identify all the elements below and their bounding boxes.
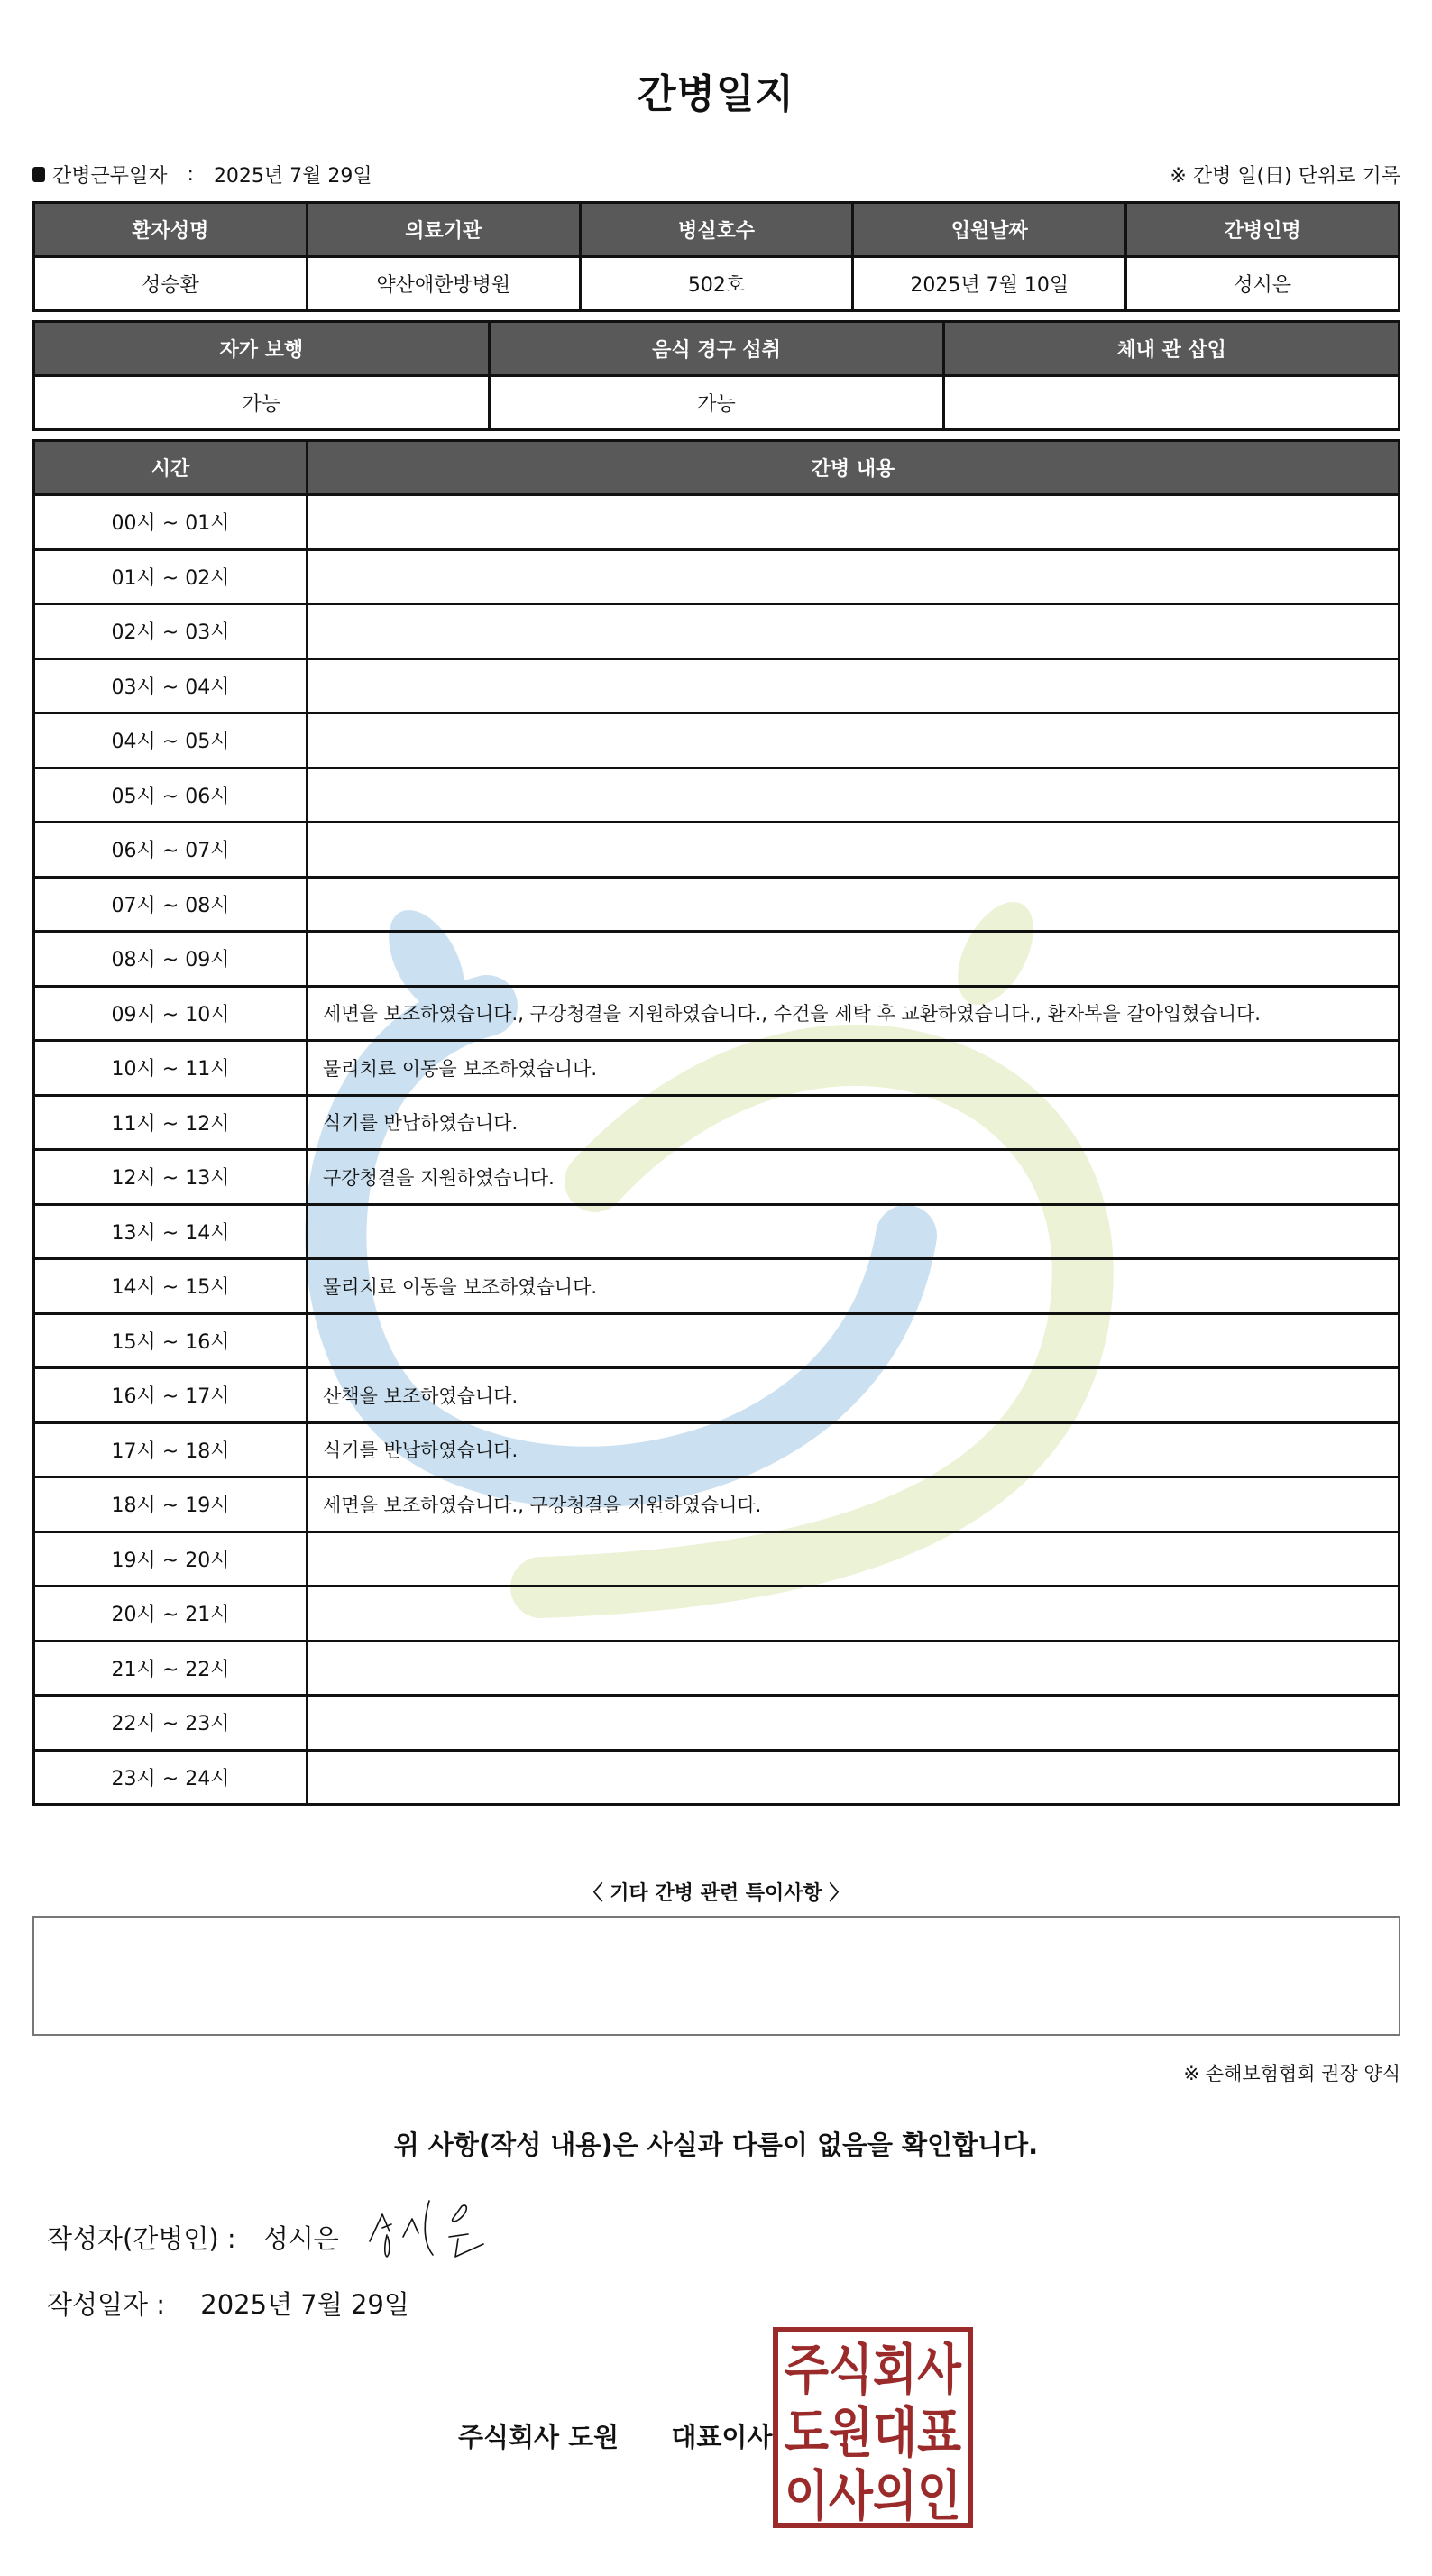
written-date-value: 2025년 7월 29일	[200, 2289, 409, 2320]
table-row: 09시 ~ 10시세면을 보조하였습니다., 구강청결을 지원하였습니다., 수…	[34, 986, 1400, 1041]
writer-name: 성시은	[263, 2219, 339, 2256]
table-row: 23시 ~ 24시	[34, 1750, 1400, 1805]
header-caregiver-name: 간병인명	[1126, 203, 1400, 257]
stamp-line-1: 주식회사	[785, 2339, 962, 2402]
table-row: 07시 ~ 08시	[34, 877, 1400, 932]
time-slot: 17시 ~ 18시	[34, 1422, 308, 1477]
self-walking-value: 가능	[34, 376, 490, 430]
table-row: 04시 ~ 05시	[34, 713, 1400, 768]
time-slot: 15시 ~ 16시	[34, 1313, 308, 1368]
header-care-content: 간병 내용	[308, 441, 1400, 495]
table-row: 08시 ~ 09시	[34, 932, 1400, 987]
table-row: 05시 ~ 06시	[34, 768, 1400, 823]
care-content	[308, 1587, 1400, 1642]
care-content: 식기를 반납하였습니다.	[308, 1422, 1400, 1477]
written-date-line: 작성일자 : 2025년 7월 29일	[47, 2285, 409, 2322]
time-slot: 23시 ~ 24시	[34, 1750, 308, 1805]
writer-label: 작성자(간병인) :	[47, 2219, 236, 2256]
header-oral-intake: 음식 경구 섭취	[489, 322, 944, 376]
tube-insertion-value	[944, 376, 1400, 430]
time-slot: 16시 ~ 17시	[34, 1368, 308, 1423]
company-seal-stamp-icon: 주식회사 도원대표 이사의인	[773, 2327, 973, 2528]
time-slot: 09시 ~ 10시	[34, 986, 308, 1041]
table-row: 03시 ~ 04시	[34, 658, 1400, 713]
care-content	[308, 823, 1400, 878]
time-slot: 11시 ~ 12시	[34, 1095, 308, 1150]
admission-date-value: 2025년 7월 10일	[853, 257, 1126, 311]
care-content	[308, 877, 1400, 932]
time-slot: 13시 ~ 14시	[34, 1204, 308, 1259]
time-slot: 04시 ~ 05시	[34, 713, 308, 768]
time-slot: 19시 ~ 20시	[34, 1532, 308, 1587]
care-content: 구강청결을 지원하였습니다.	[308, 1150, 1400, 1205]
table-row: 21시 ~ 22시	[34, 1641, 1400, 1696]
care-content: 세면을 보조하였습니다., 구강청결을 지원하였습니다., 수건을 세탁 후 교…	[308, 986, 1400, 1041]
company-line: 주식회사 도원 대표이사	[458, 2417, 772, 2454]
care-content	[308, 1750, 1400, 1805]
caregiver-name-value: 성시은	[1126, 257, 1400, 311]
time-slot: 08시 ~ 09시	[34, 932, 308, 987]
care-content	[308, 713, 1400, 768]
care-content	[308, 768, 1400, 823]
special-notes-box	[32, 1916, 1400, 2036]
time-slot: 01시 ~ 02시	[34, 549, 308, 604]
writer-line: 작성자(간병인) : 성시은	[47, 2219, 339, 2256]
header-admission-date: 입원날짜	[853, 203, 1126, 257]
page-title: 간병일지	[0, 61, 1432, 119]
care-content: 물리치료 이동을 보조하였습니다.	[308, 1041, 1400, 1096]
table-row: 01시 ~ 02시	[34, 549, 1400, 604]
care-content: 식기를 반납하였습니다.	[308, 1095, 1400, 1150]
company-title: 대표이사	[671, 2422, 772, 2452]
patient-name-value: 성승환	[34, 257, 308, 311]
table-row: 18시 ~ 19시세면을 보조하였습니다., 구강청결을 지원하였습니다.	[34, 1477, 1400, 1532]
time-slot: 05시 ~ 06시	[34, 768, 308, 823]
table-row: 02시 ~ 03시	[34, 604, 1400, 659]
work-date-label: 간병근무일자	[52, 161, 168, 189]
time-slot: 22시 ~ 23시	[34, 1696, 308, 1751]
square-bullet-icon	[32, 167, 45, 182]
care-content	[308, 1641, 1400, 1696]
patient-info-table: 환자성명 의료기관 병실호수 입원날짜 간병인명 성승환 약산애한방병원 502…	[32, 201, 1400, 312]
signature-icon	[363, 2192, 498, 2264]
table-row: 22시 ~ 23시	[34, 1696, 1400, 1751]
time-slot: 00시 ~ 01시	[34, 495, 308, 550]
care-content	[308, 1204, 1400, 1259]
care-content	[308, 1313, 1400, 1368]
record-unit-note: ※ 간병 일(日) 단위로 기록	[1170, 161, 1400, 189]
care-content	[308, 1696, 1400, 1751]
time-slot: 21시 ~ 22시	[34, 1641, 308, 1696]
form-source-note: ※ 손해보험협회 권장 양식	[1184, 2059, 1400, 2086]
time-slot: 10시 ~ 11시	[34, 1041, 308, 1096]
work-date-separator: :	[188, 163, 194, 186]
time-slot: 12시 ~ 13시	[34, 1150, 308, 1205]
header-tube-insertion: 체내 관 삽입	[944, 322, 1400, 376]
work-date-line: 간병근무일자 : 2025년 7월 29일	[32, 161, 372, 189]
table-row: 00시 ~ 01시	[34, 495, 1400, 550]
table-row: 11시 ~ 12시식기를 반납하였습니다.	[34, 1095, 1400, 1150]
work-date-value: 2025년 7월 29일	[214, 161, 372, 189]
table-row: 12시 ~ 13시구강청결을 지원하였습니다.	[34, 1150, 1400, 1205]
time-slot: 20시 ~ 21시	[34, 1587, 308, 1642]
table-row: 15시 ~ 16시	[34, 1313, 1400, 1368]
written-date-label: 작성일자 :	[47, 2289, 165, 2320]
time-slot: 14시 ~ 15시	[34, 1259, 308, 1314]
care-content: 물리치료 이동을 보조하였습니다.	[308, 1259, 1400, 1314]
care-log-table: 시간 간병 내용 00시 ~ 01시01시 ~ 02시02시 ~ 03시03시 …	[32, 439, 1400, 1806]
time-slot: 18시 ~ 19시	[34, 1477, 308, 1532]
care-content	[308, 604, 1400, 659]
header-patient-name: 환자성명	[34, 203, 308, 257]
care-content	[308, 658, 1400, 713]
time-slot: 07시 ~ 08시	[34, 877, 308, 932]
patient-status-table: 자가 보행 음식 경구 섭취 체내 관 삽입 가능 가능	[32, 320, 1400, 431]
table-row: 06시 ~ 07시	[34, 823, 1400, 878]
room-number-value: 502호	[580, 257, 853, 311]
table-row: 19시 ~ 20시	[34, 1532, 1400, 1587]
notes-title: 〈 기타 간병 관련 특이사항 〉	[0, 1878, 1432, 1906]
header-time: 시간	[34, 441, 308, 495]
header-room-number: 병실호수	[580, 203, 853, 257]
table-row: 17시 ~ 18시식기를 반납하였습니다.	[34, 1422, 1400, 1477]
table-row: 20시 ~ 21시	[34, 1587, 1400, 1642]
care-content: 산책을 보조하였습니다.	[308, 1368, 1400, 1423]
care-content: 세면을 보조하였습니다., 구강청결을 지원하였습니다.	[308, 1477, 1400, 1532]
table-row: 16시 ~ 17시산책을 보조하였습니다.	[34, 1368, 1400, 1423]
stamp-line-2: 도원대표	[785, 2402, 961, 2465]
care-content	[308, 495, 1400, 550]
care-content	[308, 1532, 1400, 1587]
time-slot: 02시 ~ 03시	[34, 604, 308, 659]
table-row: 13시 ~ 14시	[34, 1204, 1400, 1259]
company-name: 주식회사 도원	[458, 2422, 619, 2452]
confirmation-statement: 위 사항(작성 내용)은 사실과 다름이 없음을 확인합니다.	[0, 2125, 1432, 2162]
hospital-value: 약산애한방병원	[307, 257, 580, 311]
table-row: 10시 ~ 11시물리치료 이동을 보조하였습니다.	[34, 1041, 1400, 1096]
table-row: 14시 ~ 15시물리치료 이동을 보조하였습니다.	[34, 1259, 1400, 1314]
stamp-line-3: 이사의인	[785, 2465, 961, 2528]
care-content	[308, 932, 1400, 987]
time-slot: 06시 ~ 07시	[34, 823, 308, 878]
care-content	[308, 549, 1400, 604]
header-self-walking: 자가 보행	[34, 322, 490, 376]
oral-intake-value: 가능	[489, 376, 944, 430]
header-hospital: 의료기관	[307, 203, 580, 257]
time-slot: 03시 ~ 04시	[34, 658, 308, 713]
